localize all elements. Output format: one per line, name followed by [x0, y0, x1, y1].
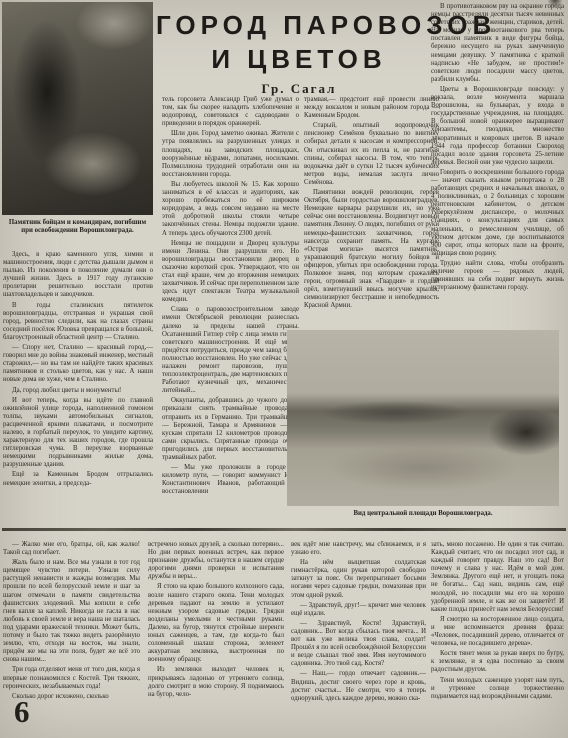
paragraph: трамвая,— предстоит ещё провести линию м… — [304, 96, 439, 120]
paragraph: Шли дни. Город заметно оживал. Жители с … — [162, 130, 299, 179]
paragraph: век идёт мне навстречу, мы сближаемся, и… — [291, 541, 426, 557]
monument-photo — [2, 2, 153, 215]
paragraph: На нём выцветшая солдатская гимнастёрка,… — [291, 559, 426, 599]
article-title-line1: ГОРОД ПАРОВОЗОВ — [156, 8, 442, 42]
paragraph: Из землянки выходит человек и, прикрывая… — [148, 666, 284, 698]
paragraph: Немцы не пощадили и Дворец культуры имен… — [162, 240, 299, 305]
paragraph: — Жалко мне его, братцы, ой, как жалко! … — [3, 541, 140, 557]
paragraph: Цветы в Ворошиловграде повсюду: у вокзал… — [431, 86, 564, 167]
paragraph: Памятники вождей революции, героев Октяб… — [304, 189, 439, 310]
article-column-1: Здесь, в краю каменного угля, химии и ма… — [3, 251, 153, 529]
story-column-2: встречено новых друзей, а сколько потеря… — [148, 541, 284, 735]
story-column-3: век идёт мне навстречу, мы сближаемся, и… — [291, 541, 426, 735]
article-column-2: тель горсовета Александр Гриб уже думал … — [162, 96, 299, 529]
paragraph: Я стою на краю большого колхозного сада,… — [148, 583, 284, 664]
story-column-1: — Жалко мне его, братцы, ой, как жалко! … — [3, 541, 140, 703]
paragraph: — Наш,— гордо отвечает садовник.— Видишь… — [291, 670, 426, 702]
paragraph: Слава о паровозостроительном заводе имен… — [162, 306, 299, 395]
paragraph: Вы любуетесь школой № 15. Как хорошо зан… — [162, 181, 299, 238]
paragraph: — Спору нет, Сталино — красивый город,— … — [3, 344, 153, 384]
monument-photo-caption: Памятник бойцам и командирам, погибшим п… — [2, 219, 153, 235]
paragraph: Да, город любил цветы и монументы! — [3, 387, 153, 395]
paragraph: Старый, опытный водопроводчик пенсионер … — [304, 122, 439, 187]
central-square-photo-caption: Вид центральной площади Ворошиловграда. — [287, 510, 559, 518]
paragraph: И вот теперь, когда вы идёте по главной … — [3, 397, 153, 470]
paragraph: Тени молодых саженцев узорят нам путь, и… — [431, 677, 564, 701]
paragraph: Я смотрю на восторженное лицо солдата, и… — [431, 616, 564, 648]
article-column-4: В противотанковом рву на окраине города … — [431, 3, 564, 327]
paragraph: Три года отделяют меня от того дня, когд… — [3, 666, 140, 690]
magazine-page: Памятник бойцам и командирам, погибшим п… — [0, 0, 568, 738]
story-column-4: зать, мною посажено. Не один я так счита… — [431, 541, 564, 735]
paragraph: Говорить о воскрешении большого города —… — [431, 169, 564, 258]
paragraph: Костя тянет меня за рукав вверх по бугру… — [431, 650, 564, 674]
paragraph: Ещё за Каменным Бродом отгрызались немец… — [3, 471, 153, 487]
paragraph: тель горсовета Александр Гриб уже думал … — [162, 96, 299, 128]
paragraph: Жаль было и нам. Все мы узнали в тот год… — [3, 559, 140, 664]
paragraph: Трудно найти слова, чтобы отобразить вел… — [431, 260, 564, 292]
paragraph: — Здравствуй, Костя! Здравствуй, садовни… — [291, 620, 426, 669]
section-divider-rule — [2, 528, 566, 531]
paragraph: зать, мною посажено. Не один я так счита… — [431, 541, 564, 614]
paragraph: — Здравствуй, друг!— кричит мне человек … — [291, 602, 426, 618]
paragraph: встречено новых друзей, а сколько потеря… — [148, 541, 284, 581]
paragraph: В противотанковом рву на окраине города … — [431, 3, 564, 84]
article-author: Гр. Сагал — [156, 81, 442, 97]
central-square-photo — [287, 330, 559, 506]
article-title-block: ГОРОД ПАРОВОЗОВ И ЦВЕТОВ Гр. Сагал — [156, 8, 442, 97]
paragraph: — Мы уже проложили в городе 31 километр … — [162, 464, 299, 496]
article-column-3: трамвая,— предстоит ещё провести линию м… — [304, 96, 439, 329]
paragraph: В годы сталинских пятилеток ворошиловгра… — [3, 302, 153, 342]
page-number: 6 — [14, 694, 30, 730]
paragraph: Здесь, в краю каменного угля, химии и ма… — [3, 251, 153, 300]
paragraph: Оккупанты, добравшись до чужого добра, п… — [162, 397, 299, 462]
article-title-line2: И ЦВЕТОВ — [156, 42, 442, 76]
